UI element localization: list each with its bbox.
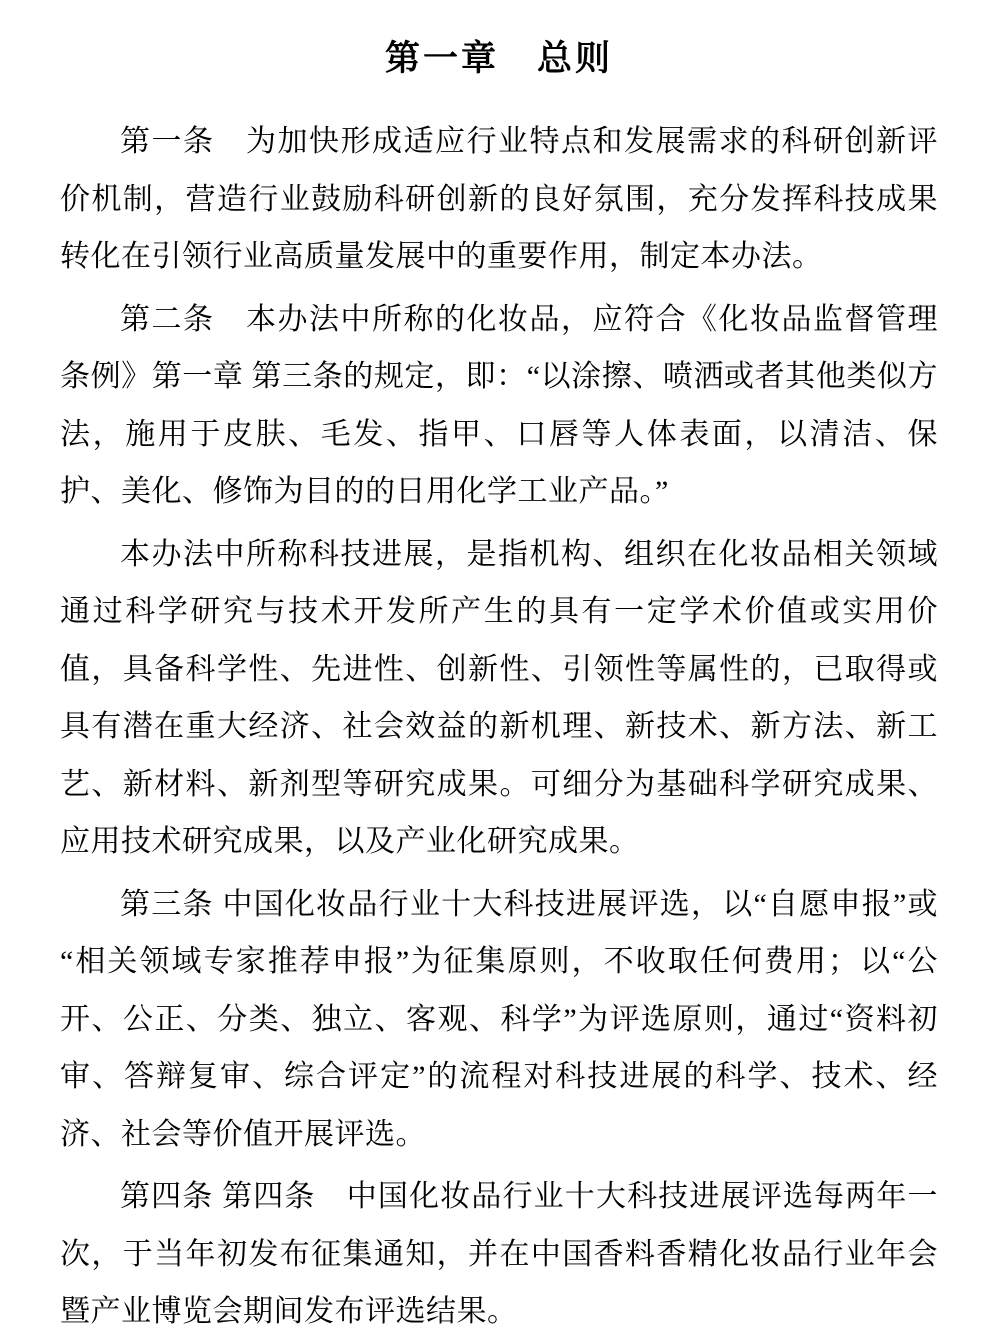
paragraph-article-2: 第二条 本办法中所称的化妆品，应符合《化妆品监督管理条例》第一章 第三条的规定，… [60, 291, 938, 521]
paragraph-article-4: 第四条 第四条 中国化妆品行业十大科技进展评选每两年一次，于当年初发布征集通知，… [60, 1168, 938, 1339]
paragraph-article-1: 第一条 为加快形成适应行业特点和发展需求的科研创新评价机制，营造行业鼓励科研创新… [60, 113, 938, 286]
document-body: 第一条 为加快形成适应行业特点和发展需求的科研创新评价机制，营造行业鼓励科研创新… [60, 113, 938, 1339]
paragraph-article-2-continued: 本办法中所称科技进展，是指机构、组织在化妆品相关领域通过科学研究与技术开发所产生… [60, 526, 938, 871]
chapter-title: 第一章 总则 [60, 38, 938, 80]
paragraph-article-3: 第三条 中国化妆品行业十大科技进展评选，以“自愿申报”或“相关领域专家推荐申报”… [60, 876, 938, 1164]
document-page: 第一章 总则 第一条 为加快形成适应行业特点和发展需求的科研创新评价机制，营造行… [0, 0, 1000, 1339]
